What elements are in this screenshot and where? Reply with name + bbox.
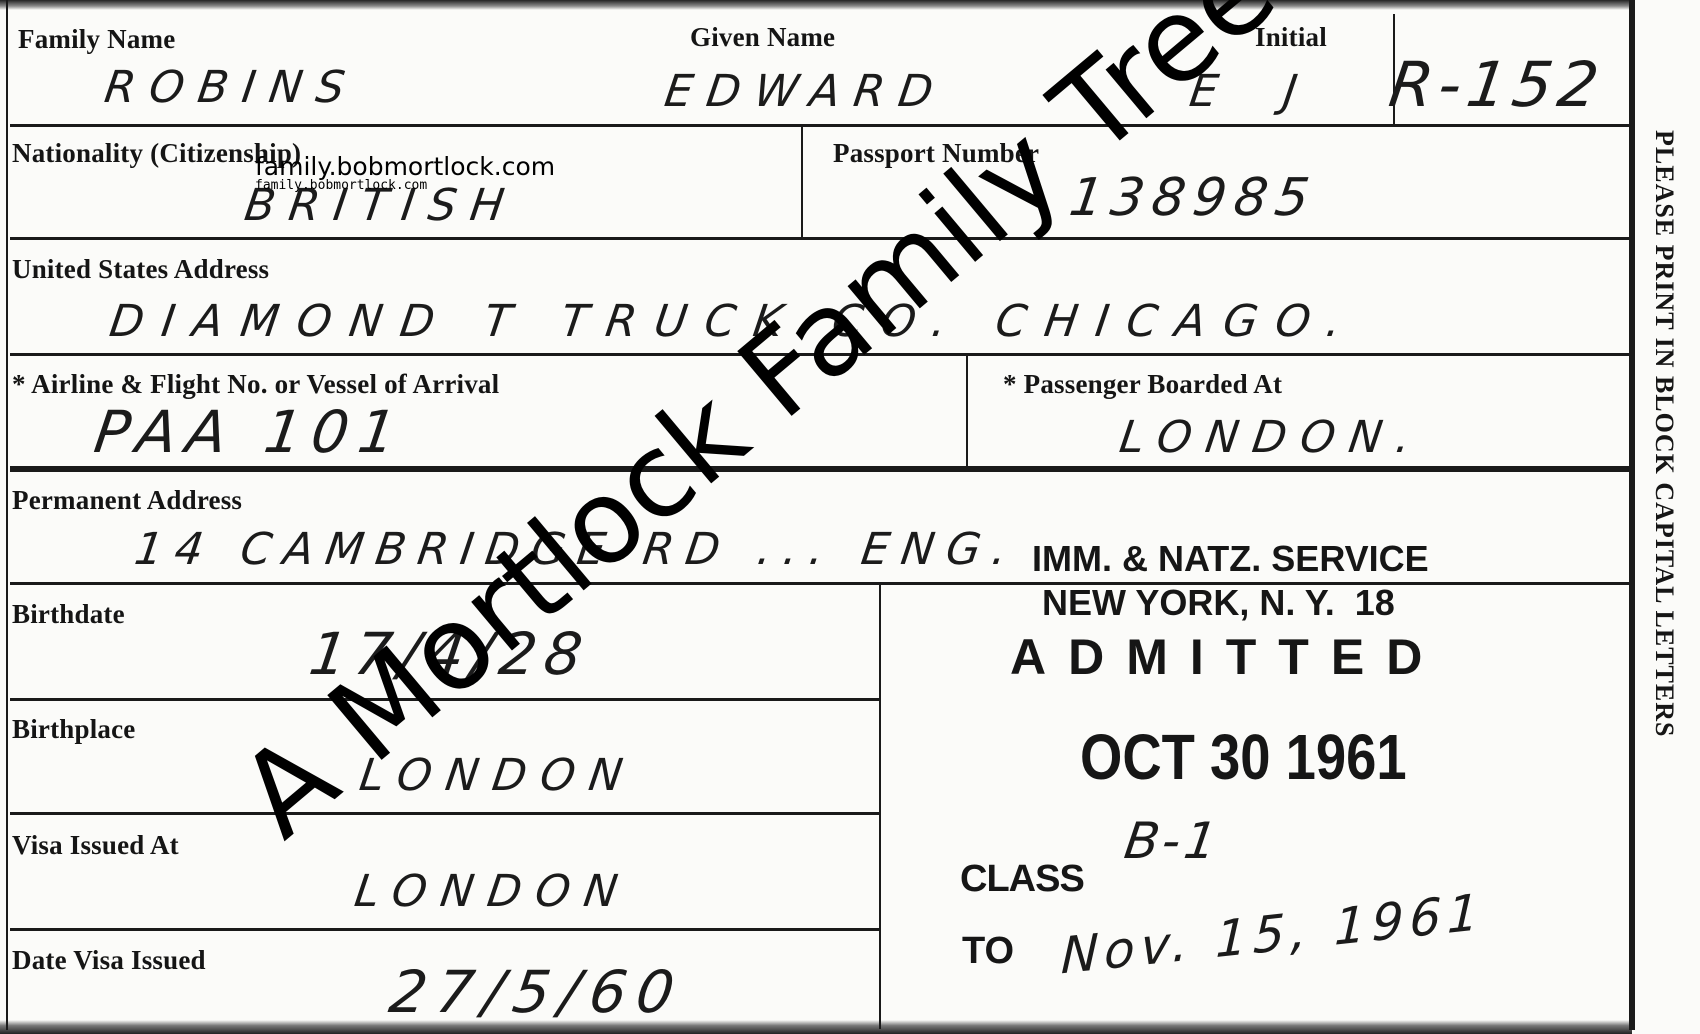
watermark-url-small: family.bobmortlock.com	[255, 178, 427, 193]
stamp-date: OCT 30 1961	[1080, 720, 1407, 794]
visa-issued-at-label: Visa Issued At	[12, 830, 179, 861]
birthplace-label: Birthplace	[12, 714, 136, 745]
stamp-to-label: TO	[962, 930, 1014, 973]
row-divider-1	[10, 124, 1630, 127]
row-divider-2	[10, 237, 1630, 240]
boarded-at-label: * Passenger Boarded At	[1003, 369, 1282, 400]
left-border	[6, 0, 8, 1030]
row-divider-7	[10, 812, 880, 815]
watermark-url-large: family.bobmortlock.com	[255, 152, 555, 181]
airline-flight-label: * Airline & Flight No. or Vessel of Arri…	[12, 369, 499, 400]
side-instruction-text: PLEASE PRINT IN BLOCK CAPITAL LETTERS	[1649, 130, 1679, 737]
stamp-class-label: CLASS	[960, 858, 1084, 901]
stamp-status: ADMITTED	[1010, 628, 1444, 686]
card-number: R-152	[1385, 48, 1609, 121]
right-border	[1629, 0, 1635, 1030]
family-name-value: ROBINS	[101, 62, 361, 113]
row-divider-4	[10, 466, 1635, 472]
divider-passport	[801, 126, 803, 238]
stamp-to-value: Nov. 15, 1961	[1060, 882, 1486, 985]
visa-issued-at-value: LONDON	[351, 866, 634, 917]
divider-stamp-area	[879, 584, 881, 1029]
us-address-label: United States Address	[12, 254, 269, 285]
divider-boarded	[966, 355, 968, 467]
given-name-label: Given Name	[690, 22, 835, 53]
side-instruction: PLEASE PRINT IN BLOCK CAPITAL LETTERS	[1645, 130, 1685, 930]
boarded-at-value: LONDON.	[1116, 412, 1427, 463]
date-visa-issued-label: Date Visa Issued	[12, 945, 206, 976]
airline-flight-value: PAA 101	[90, 398, 410, 466]
stamp-location: NEW YORK, N. Y. 18	[1042, 582, 1395, 624]
given-name-value: EDWARD	[661, 66, 950, 117]
stamp-class-value: B-1	[1121, 812, 1224, 870]
date-visa-issued-value: 27/5/60	[385, 958, 688, 1026]
permanent-address-label: Permanent Address	[12, 485, 242, 516]
family-name-label: Family Name	[18, 24, 175, 55]
stamp-service: IMM. & NATZ. SERVICE	[1032, 538, 1429, 580]
arrival-record-card: Family Name ROBINS Given Name EDWARD Ini…	[0, 0, 1700, 1034]
scan-bottom-edge	[0, 1020, 1632, 1034]
scan-top-edge	[0, 0, 1632, 10]
birthdate-label: Birthdate	[12, 599, 125, 630]
row-divider-8	[10, 928, 880, 931]
